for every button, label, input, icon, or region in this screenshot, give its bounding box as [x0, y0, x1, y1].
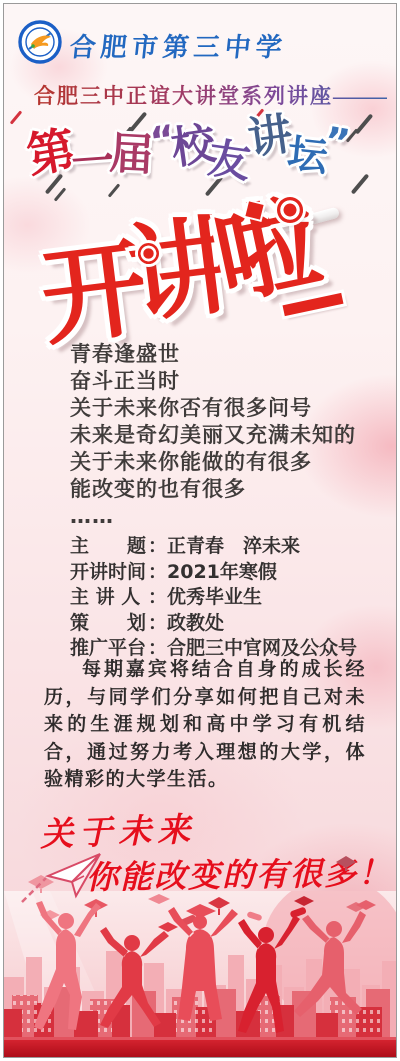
banner-title-char: 届 [108, 123, 155, 187]
series-title: 合肥三中正谊大讲堂系列讲座——— [34, 80, 387, 110]
info-row-speaker: 主 讲 人：优秀毕业生 [70, 585, 357, 611]
info-row-planner: 策 划：政教处 [70, 611, 357, 637]
poem-line: 奋斗正当时 [70, 368, 356, 395]
paper-airplane-icon [18, 838, 108, 908]
school-name: 合肥市第三中学 [68, 27, 289, 64]
info-row-topic: 主 题：正青春 淬未来 [70, 534, 357, 560]
banner-title-char: 友 [204, 129, 254, 193]
poem-line: 能改变的也有很多 [70, 476, 356, 503]
ring-circle-decoration [138, 243, 159, 264]
series-dash: ——— [333, 84, 387, 108]
graduation-cap-icon [334, 854, 358, 872]
poem-line: 关于未来你否有很多问号 [70, 395, 356, 422]
celebration-graphic [4, 891, 396, 1057]
poem-line: 未来是奇幻美丽又充满未知的 [70, 422, 356, 449]
info-block: 主 题：正青春 淬未来 开讲时间：2021年寒假 主 讲 人：优秀毕业生 策 划… [70, 534, 357, 662]
ring-circle-decoration [277, 197, 303, 223]
intro-paragraph: 每期嘉宾将结合自身的成长经历，与同学们分享如何把自己对未来的生涯规划和高中学习有… [44, 656, 366, 794]
poem-line: 关于未来你能做的有很多 [70, 449, 356, 476]
poem-line: 青春逢盛世 [70, 341, 356, 368]
series-title-text: 合肥三中正谊大讲堂系列讲座 [34, 84, 333, 108]
banner-title-char: ” [320, 114, 354, 171]
banner-title: 第一届“校友讲坛” [28, 112, 378, 216]
school-logo-icon [18, 20, 62, 64]
info-row-time: 开讲时间：2021年寒假 [70, 560, 357, 586]
poem-block: 青春逢盛世 奋斗正当时 关于未来你否有很多问号 未来是奇幻美丽又充满未知的 关于… [70, 341, 356, 530]
poem-line: …… [70, 503, 356, 530]
main-title: 开讲啦 [46, 209, 360, 350]
poster-page: 合肥市第三中学 合肥三中正谊大讲堂系列讲座——— 第一届“校友讲坛” 开讲啦 青… [0, 0, 400, 1061]
